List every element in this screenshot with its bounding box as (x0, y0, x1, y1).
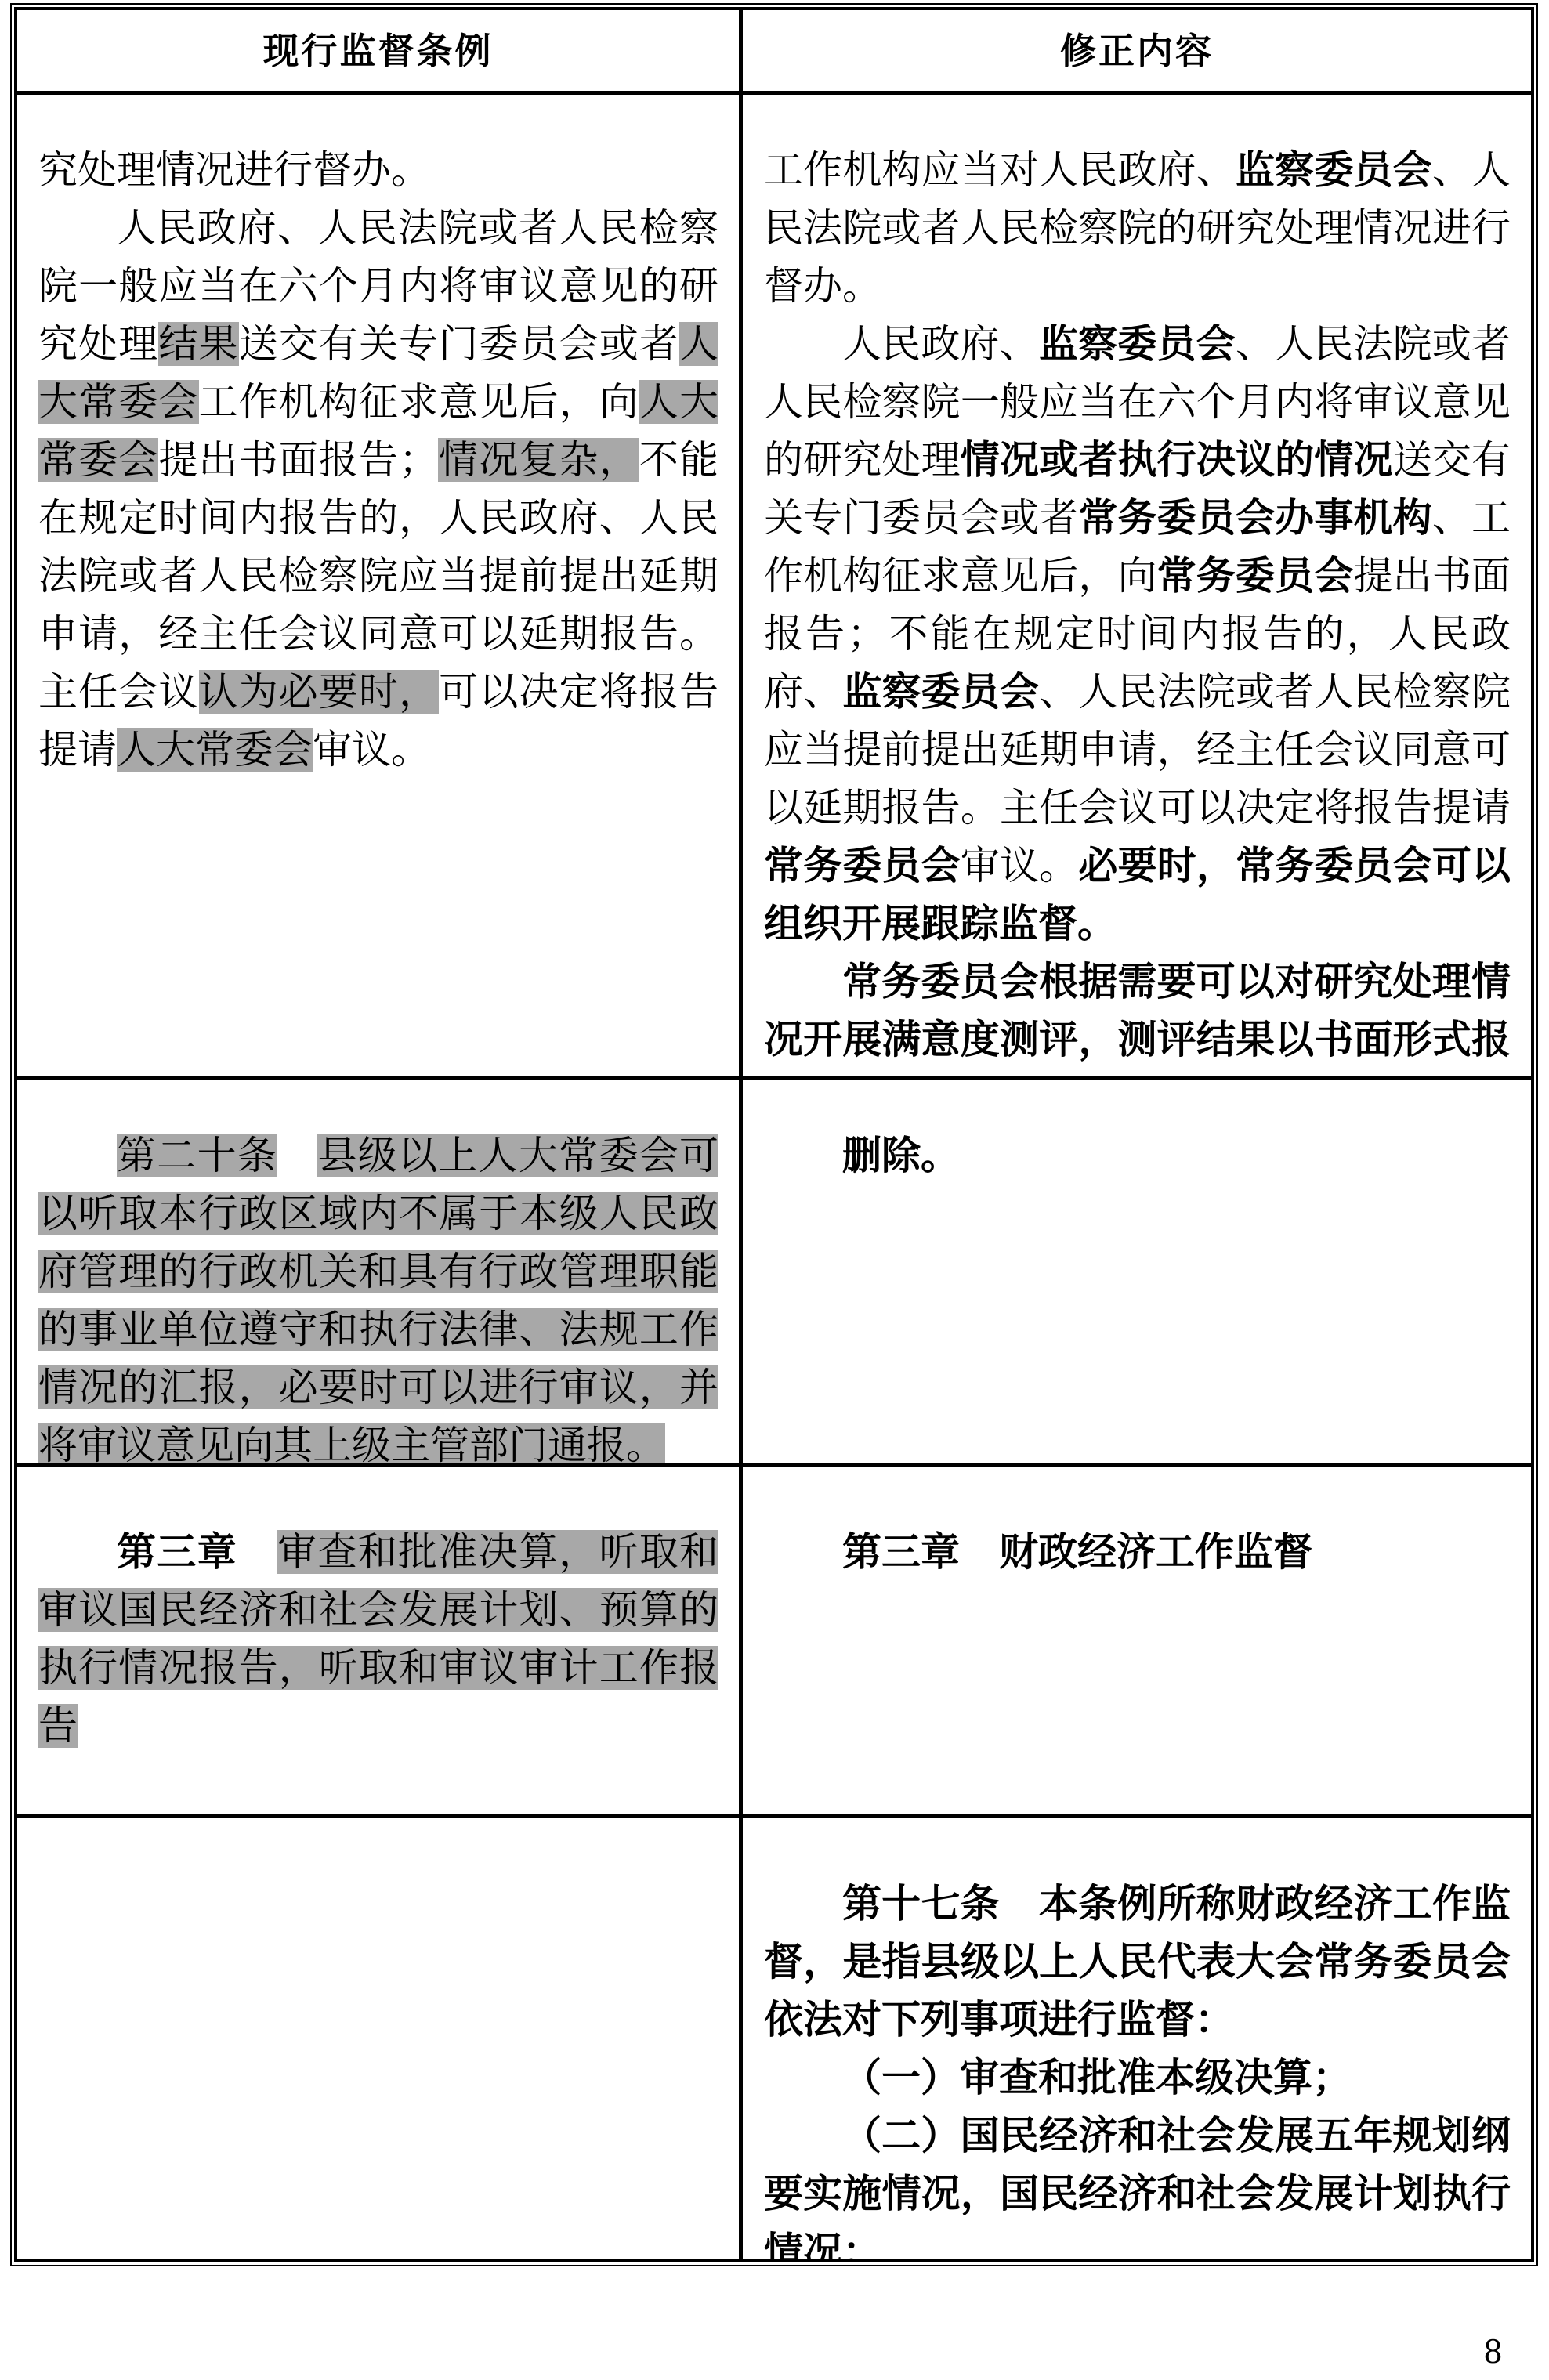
regular-text: 审议。 (313, 728, 430, 772)
row-1-left-cell: 究处理情况进行督办。人民政府、人民法院或者人民检察院一般应当在六个月内将审议意见… (17, 95, 743, 1080)
paragraph: 究处理情况进行督办。 (38, 141, 718, 199)
bold-inserted-text: 常务委员会 (1157, 554, 1354, 598)
row-4-right-cell: 第十七条 本条例所称财政经济工作监督，是指县级以上人民代表大会常务委员会依法对下… (743, 1818, 1531, 2259)
regular-text: 送交有关专门委员会或者 (239, 322, 679, 366)
bold-inserted-text: 删除。 (842, 1134, 960, 1177)
page-number: 8 (1484, 2331, 1502, 2371)
regular-text: 人民政府、 (842, 322, 1039, 366)
row-3-left-cell: 第三章 审查和批准决算，听取和审议国民经济和社会发展计划、预算的执行情况报告，听… (17, 1467, 743, 1818)
header-cell-amendment-content: 修正内容 (743, 10, 1531, 95)
bold-inserted-text: 监察委员会 (1236, 148, 1432, 192)
highlighted-deleted-text: 认为必要时， (199, 670, 440, 714)
highlighted-deleted-text: 县级以上人大常委会可以听取本行政区域内不属于本级人民政府管理的行政机关和具有行政… (38, 1134, 718, 1467)
bold-inserted-text: （一）审查和批准本级决算； (842, 2056, 1352, 2100)
row-2-left-cell: 第二十条 县级以上人大常委会可以听取本行政区域内不属于本级人民政府管理的行政机关… (17, 1080, 743, 1467)
highlighted-deleted-text: 人大常委会 (117, 728, 313, 772)
bold-inserted-text: 第十七条 本条例所称财政经济工作监督，是指县级以上人民代表大会常务委员会依法对下… (764, 1882, 1511, 2042)
comparison-table-grid: 现行监督条例 修正内容 究处理情况进行督办。人民政府、人民法院或者人民检察院一般… (14, 7, 1534, 2262)
document-page: 现行监督条例 修正内容 究处理情况进行督办。人民政府、人民法院或者人民检察院一般… (0, 0, 1549, 2380)
paragraph: 删除。 (764, 1127, 1511, 1185)
regular-text: 提出书面报告； (158, 438, 438, 482)
regular-text: 审议。 (961, 844, 1079, 888)
bold-inserted-text: 监察委员会 (842, 670, 1039, 714)
bold-inserted-text: 常务委员会办事机构 (1078, 496, 1432, 540)
row-4-left-cell-empty (17, 1818, 743, 2259)
paragraph: 第二十条 县级以上人大常委会可以听取本行政区域内不属于本级人民政府管理的行政机关… (38, 1127, 718, 1467)
highlighted-deleted-text: 情况复杂， (438, 438, 639, 482)
row-2-right-cell: 删除。 (743, 1080, 1531, 1467)
header-cell-current-regulation: 现行监督条例 (17, 10, 743, 95)
comparison-table: 现行监督条例 修正内容 究处理情况进行督办。人民政府、人民法院或者人民检察院一般… (10, 3, 1538, 2266)
row-3-right-cell: 第三章 财政经济工作监督 (743, 1467, 1531, 1818)
paragraph: （一）审查和批准本级决算； (764, 2049, 1511, 2107)
bold-inserted-text: 第三章 财政经济工作监督 (842, 1530, 1312, 1574)
bold-inserted-text: （二）国民经济和社会发展五年规划纲要实施情况，国民经济和社会发展计划执行情况； (764, 2114, 1511, 2259)
paragraph: 人民政府、监察委员会、人民法院或者人民检察院一般应当在六个月内将审议意见的研究处… (764, 315, 1511, 953)
regular-text: 工作机构应当对人民政府、 (764, 148, 1236, 192)
bold-inserted-text: 监察委员会 (1039, 322, 1236, 366)
row-1-right-cell: 工作机构应当对人民政府、监察委员会、人民法院或者人民检察院的研究处理情况进行督办… (743, 95, 1531, 1080)
regular-text (277, 1134, 317, 1177)
paragraph: （二）国民经济和社会发展五年规划纲要实施情况，国民经济和社会发展计划执行情况； (764, 2107, 1511, 2259)
regular-text: 工作机构征求意见后，向 (199, 380, 639, 424)
regular-text (237, 1530, 277, 1574)
highlighted-deleted-text: 第二十条 (117, 1134, 277, 1177)
bold-inserted-text: 常务委员会根据需要可以对研究处理情况开展满意度测评，测评结果以书面形式报送同级党… (764, 960, 1511, 1080)
paragraph: 常务委员会根据需要可以对研究处理情况开展满意度测评，测评结果以书面形式报送同级党… (764, 953, 1511, 1080)
bold-inserted-text: 常务委员会 (764, 844, 961, 888)
bold-inserted-text: 第三章 (117, 1530, 237, 1574)
paragraph: 第十七条 本条例所称财政经济工作监督，是指县级以上人民代表大会常务委员会依法对下… (764, 1875, 1511, 2049)
highlighted-deleted-text: 结果 (158, 322, 238, 366)
regular-text: 究处理情况进行督办。 (38, 148, 430, 192)
bold-inserted-text: 情况或者执行决议的情况 (961, 438, 1393, 482)
paragraph: 人民政府、人民法院或者人民检察院一般应当在六个月内将审议意见的研究处理结果送交有… (38, 199, 718, 779)
paragraph: 第三章 审查和批准决算，听取和审议国民经济和社会发展计划、预算的执行情况报告，听… (38, 1523, 718, 1755)
paragraph: 工作机构应当对人民政府、监察委员会、人民法院或者人民检察院的研究处理情况进行督办… (764, 141, 1511, 315)
paragraph: 第三章 财政经济工作监督 (764, 1523, 1511, 1581)
